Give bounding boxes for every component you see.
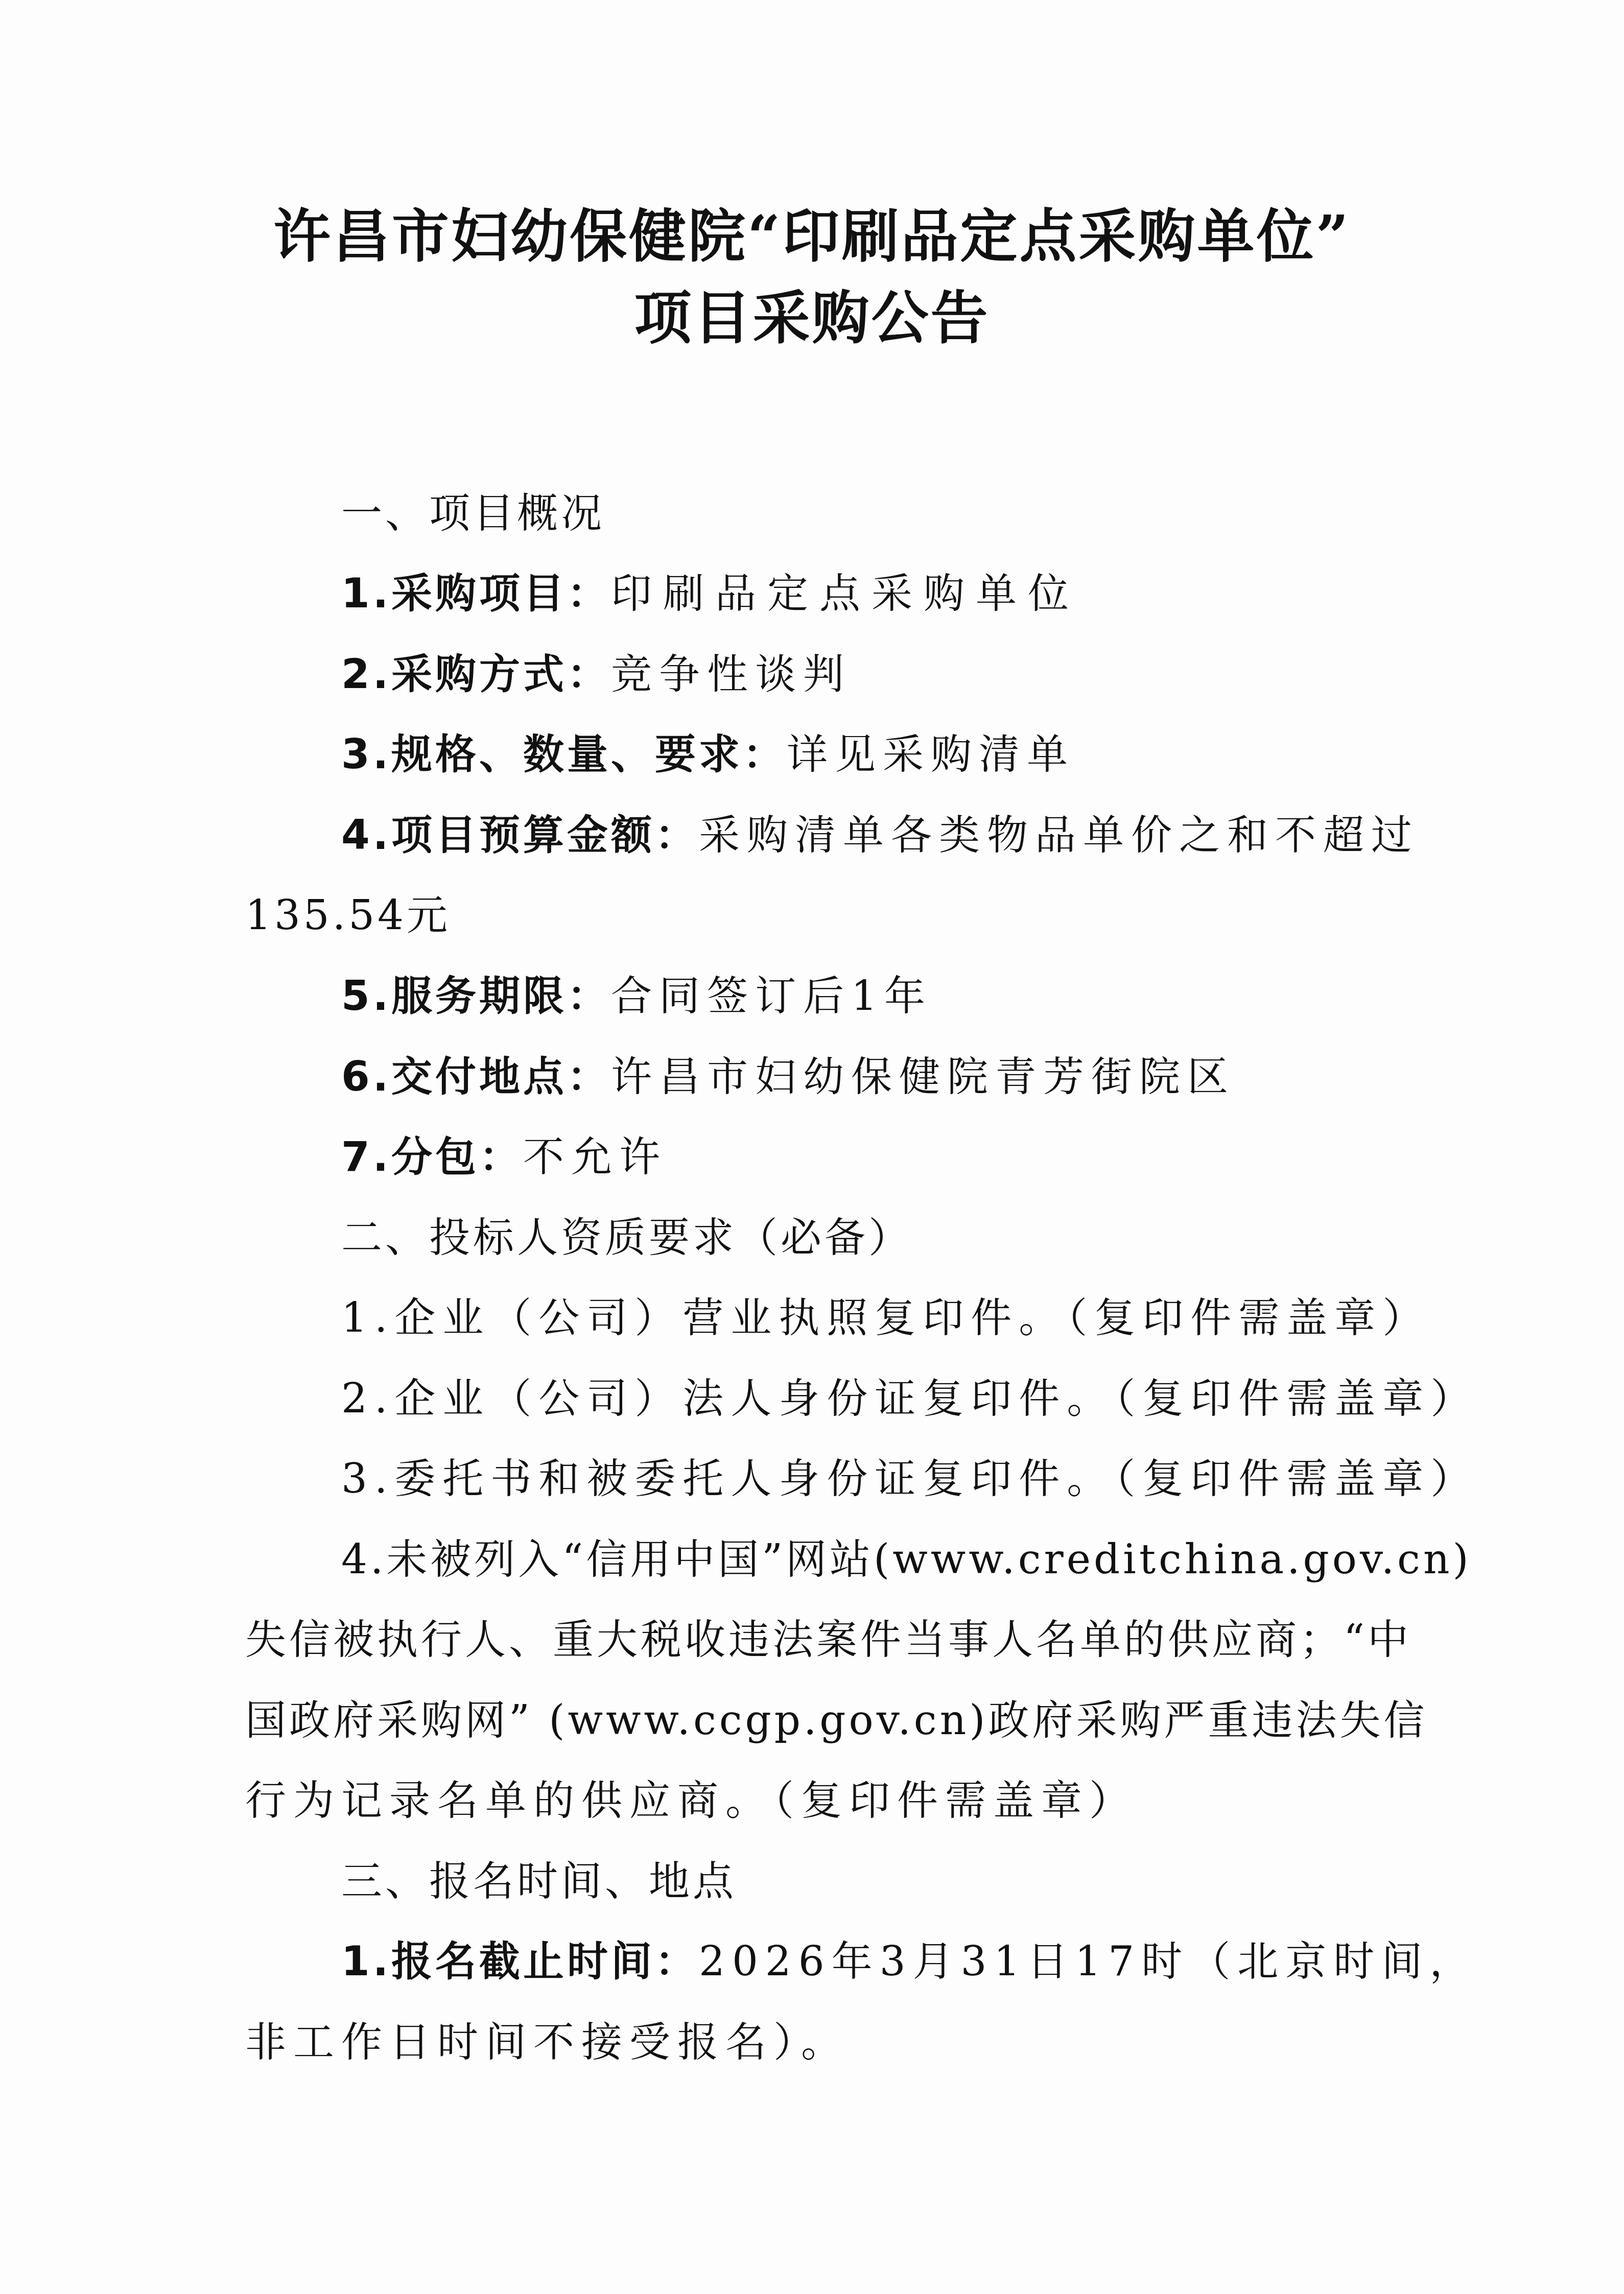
s3-item-deadline-note: 非工作日时间不接受报名）。: [245, 2022, 849, 2063]
s1-item-project: 1.采购项目：印刷品定点采购单位: [341, 573, 1080, 614]
s2-item-license: 1.企业（公司）营业执照复印件。（复印件需盖章）: [341, 1297, 1430, 1338]
s1-item-budget-value: 采购清单各类物品单价之和不超过: [699, 811, 1419, 859]
s3-item-deadline-value: 2026年3月31日17时（北京时间，: [699, 1937, 1477, 1985]
document-page: 许昌市妇幼保健院“印刷品定点采购单位” 项目采购公告 一、项目概况 1.采购项目…: [0, 0, 1624, 2294]
section3-heading: 三、报名时间、地点: [341, 1861, 737, 1902]
document-title-line1: 许昌市妇幼保健院“印刷品定点采购单位”: [0, 208, 1624, 266]
s1-item-project-value: 印刷品定点采购单位: [611, 570, 1080, 617]
s1-item-period: 5.服务期限：合同签订后1年: [341, 976, 932, 1016]
s3-item-deadline-label: 1.报名截止时间：: [341, 1937, 699, 1985]
s1-item-period-value: 合同签订后1年: [611, 972, 932, 1020]
s1-item-delivery-value: 许昌市妇幼保健院青芳街院区: [611, 1053, 1235, 1100]
s1-item-spec-label: 3.规格、数量、要求：: [341, 730, 787, 778]
s1-item-method: 2.采购方式：竞争性谈判: [341, 654, 851, 695]
s2-item-credit-line4: 行为记录名单的供应商。（复印件需盖章）: [245, 1780, 1137, 1821]
s1-item-budget-label: 4.项目预算金额：: [341, 811, 699, 859]
s1-item-spec: 3.规格、数量、要求：详见采购清单: [341, 734, 1075, 775]
section1-heading: 一、项目概况: [341, 493, 605, 534]
s2-item-proxy-id: 3.委托书和被委托人身份证复印件。（复印件需盖章）: [341, 1458, 1478, 1499]
s1-item-method-value: 竞争性谈判: [611, 650, 851, 698]
s2-item-credit-line3: 国政府采购网” (www.ccgp.gov.cn)政府采购严重违法失信: [245, 1700, 1427, 1741]
s2-item-legal-id: 2.企业（公司）法人身份证复印件。（复印件需盖章）: [341, 1378, 1478, 1419]
s1-item-spec-value: 详见采购清单: [787, 730, 1075, 778]
section2-heading: 二、投标人资质要求（必备）: [341, 1217, 912, 1258]
s1-item-budget: 4.项目预算金额：采购清单各类物品单价之和不超过: [341, 815, 1419, 856]
s1-item-subcontract-value: 不允许: [523, 1133, 667, 1180]
s1-item-delivery-label: 6.交付地点：: [341, 1053, 611, 1100]
s2-item-credit-line1: 4.未被列入“信用中国”网站(www.creditchina.gov.cn): [341, 1539, 1472, 1580]
s1-item-project-label: 1.采购项目：: [341, 570, 611, 617]
s1-item-budget-amount: 135.54元: [245, 895, 451, 936]
s1-item-subcontract: 7.分包：不允许: [341, 1137, 667, 1177]
s1-item-period-label: 5.服务期限：: [341, 972, 611, 1020]
s1-item-delivery: 6.交付地点：许昌市妇幼保健院青芳街院区: [341, 1056, 1235, 1097]
s1-item-method-label: 2.采购方式：: [341, 650, 611, 698]
s3-item-deadline: 1.报名截止时间：2026年3月31日17时（北京时间，: [341, 1941, 1477, 1982]
s1-item-subcontract-label: 7.分包：: [341, 1133, 523, 1180]
document-title-line2: 项目采购公告: [0, 290, 1624, 347]
s2-item-credit-line2: 失信被执行人、重大税收违法案件当事人名单的供应商；“中: [245, 1619, 1411, 1660]
